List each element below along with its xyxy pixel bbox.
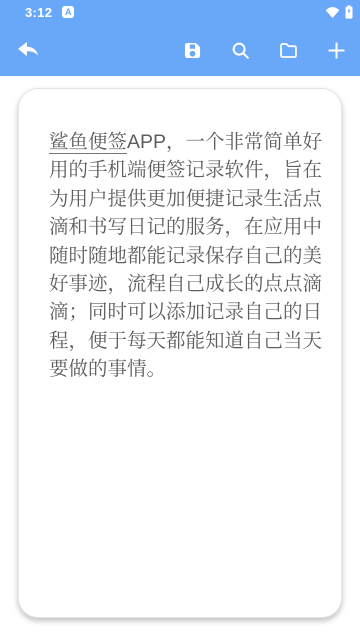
toolbar	[0, 24, 360, 76]
notification-app-icon-letter: A	[65, 8, 72, 17]
status-bar: 3:12 A	[0, 0, 360, 24]
back-arrow-icon	[15, 37, 41, 63]
note-line: 为用户提供更加便捷记录生活点	[49, 185, 324, 213]
note-line: 程，便于每天都能知道自己当天	[49, 327, 324, 355]
status-bar-left: 3:12 A	[25, 5, 74, 20]
toolbar-actions	[172, 30, 356, 70]
app-screen: 3:12 A	[0, 0, 360, 640]
note-text-editor[interactable]: 鲨鱼便签APP，一个非常简单好 用的手机端便签记录软件，旨在 为用户提供更加便捷…	[19, 89, 341, 384]
plus-icon	[326, 40, 347, 61]
note-line: 要做的事情。	[49, 355, 324, 383]
wifi-icon	[325, 6, 340, 19]
status-time: 3:12	[25, 5, 52, 20]
folder-button[interactable]	[268, 30, 308, 70]
note-card: 鲨鱼便签APP，一个非常简单好 用的手机端便签记录软件，旨在 为用户提供更加便捷…	[18, 88, 342, 618]
note-line: 滴和书写日记的服务，在应用中	[49, 213, 324, 241]
notification-app-icon: A	[62, 6, 74, 18]
search-button[interactable]	[220, 30, 260, 70]
status-bar-right	[325, 5, 353, 19]
note-line: 鲨鱼便签APP，一个非常简单好	[49, 128, 324, 156]
save-button[interactable]	[172, 30, 212, 70]
search-icon	[230, 40, 251, 61]
battery-icon	[345, 5, 353, 19]
note-line: 随时随地都能记录保存自己的美	[49, 242, 324, 270]
note-line1-rest-text: APP，一个非常简单好	[127, 131, 322, 153]
save-floppy-icon	[182, 40, 203, 61]
note-line: 用的手机端便签记录软件，旨在	[49, 156, 324, 184]
note-editor-area: 鲨鱼便签APP，一个非常简单好 用的手机端便签记录软件，旨在 为用户提供更加便捷…	[0, 76, 360, 640]
folder-icon	[278, 40, 299, 61]
back-button[interactable]	[8, 30, 48, 70]
note-line1-underlined-text: 鲨鱼便签	[49, 131, 127, 154]
add-button[interactable]	[316, 30, 356, 70]
note-line: 好事迹，流程自己成长的点点滴	[49, 270, 324, 298]
note-line: 滴；同时可以添加记录自己的日	[49, 298, 324, 326]
